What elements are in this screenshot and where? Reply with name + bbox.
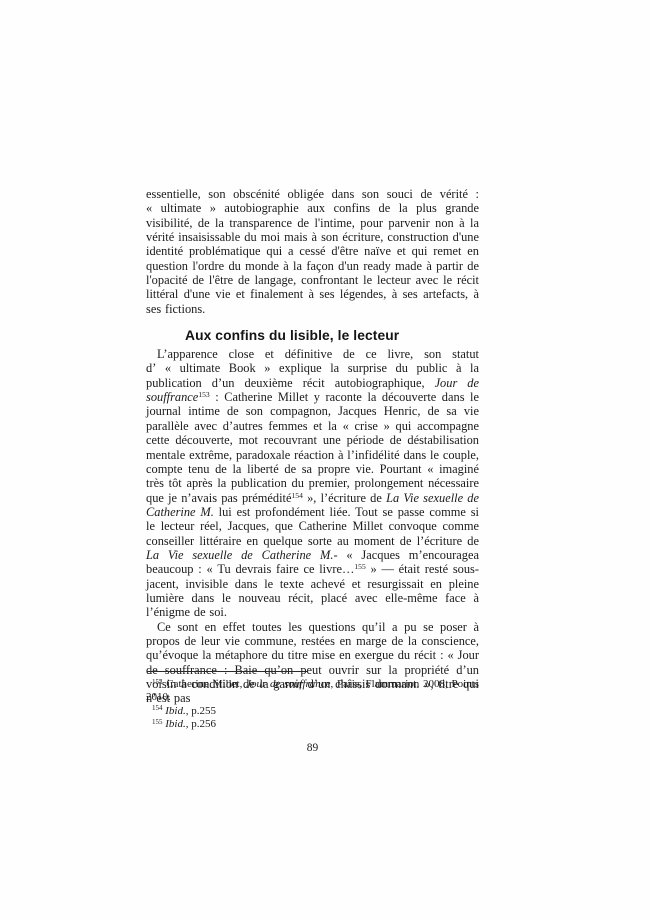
footnote-153: 153 Catherine Millet, Jour de souffrance… — [146, 678, 479, 705]
footnote-text: Ibid., p.256 — [163, 718, 216, 730]
footnote-number: 153 — [152, 678, 163, 686]
footnote-154: 154 Ibid., p.255 — [146, 705, 479, 718]
paragraph-continuation: essentielle, son obscénité obligée dans … — [146, 187, 479, 316]
footnote-text: Catherine Millet, Jour de souffrance, Pa… — [146, 678, 479, 703]
footnote-text: Ibid., p.255 — [163, 705, 216, 717]
document-page: essentielle, son obscénité obligée dans … — [0, 0, 650, 920]
main-text-block: essentielle, son obscénité obligée dans … — [146, 187, 479, 706]
footnote-155: 155 Ibid., p.256 — [146, 718, 479, 731]
footnote-number: 154 — [152, 704, 163, 712]
footnote-separator-rule — [147, 671, 307, 672]
page-number: 89 — [146, 742, 479, 754]
section-heading: Aux confins du lisible, le lecteur — [185, 328, 479, 343]
footnote-number: 155 — [152, 718, 163, 726]
footnotes-section: 153 Catherine Millet, Jour de souffrance… — [146, 671, 479, 732]
paragraph-apparence: L’apparence close et définitive de ce li… — [146, 347, 479, 620]
